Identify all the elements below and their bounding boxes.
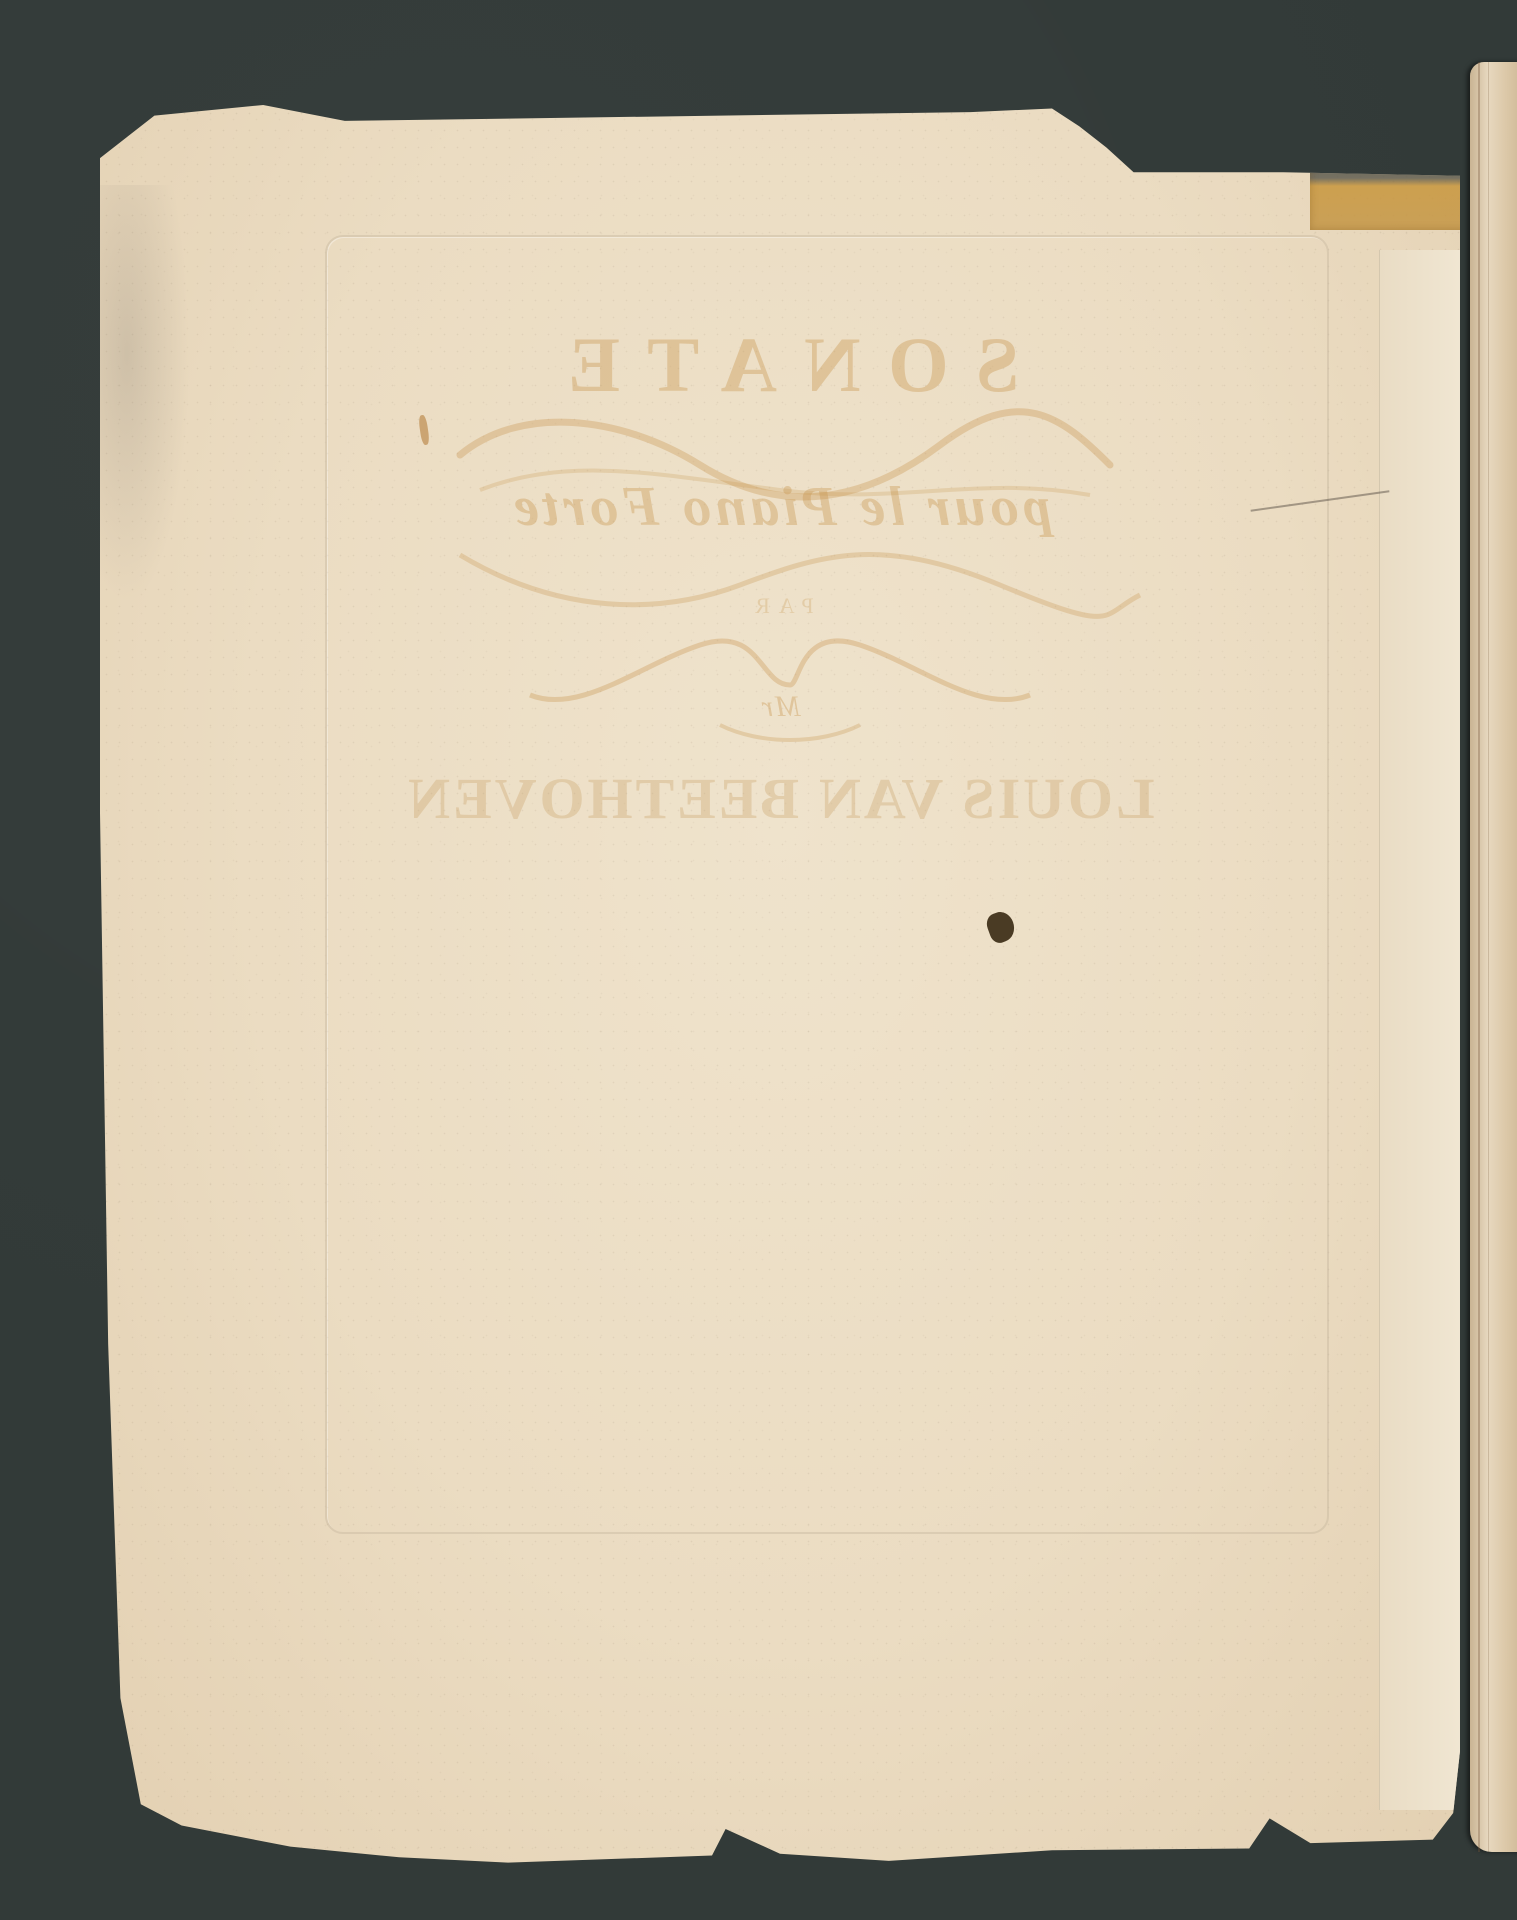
adjacent-page-stack [1470, 62, 1517, 1852]
bleed-title: SONATE [100, 320, 1460, 410]
bleed-par: PAR [100, 593, 1460, 619]
bleed-composer: LOUIS VAN BEETHOVEN [100, 765, 1460, 832]
bleed-subtitle: pour le Piano Forte [100, 475, 1460, 539]
paper-sheet: SONATE pour le Piano Forte PAR Mr LOUIS … [100, 105, 1460, 1875]
bleed-honorific: Mr [100, 690, 1460, 724]
plate-mark [325, 235, 1329, 1534]
